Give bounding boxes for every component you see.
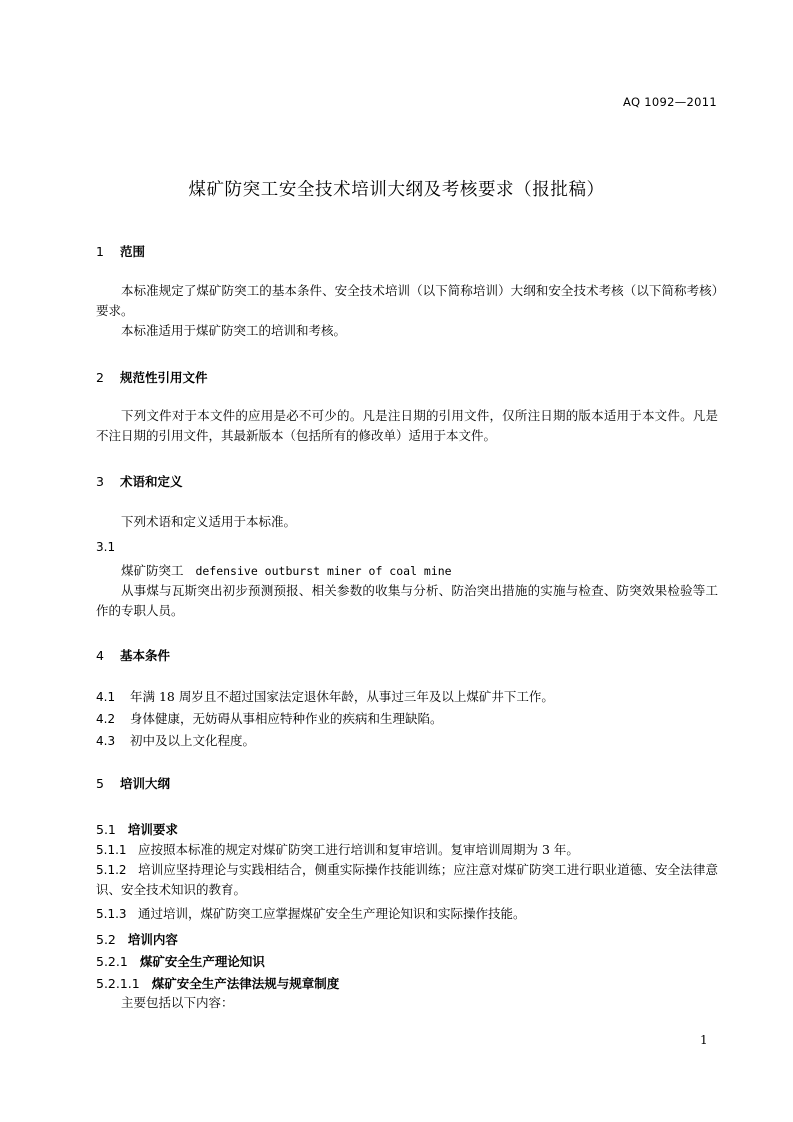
section-title: 基本条件 — [120, 648, 170, 663]
section-5-heading: 5培训大纲 — [96, 774, 170, 792]
section-2-heading: 2规范性引用文件 — [96, 368, 208, 386]
item-text: 初中及以上文化程度。 — [130, 733, 255, 748]
item-number: 4.2 — [96, 712, 130, 726]
item-text: 通过培训，煤矿防突工应掌握煤矿安全生产理论知识和实际操作技能。 — [138, 906, 526, 921]
requirement-item: 5.1.2培训应坚持理论与实践相结合，侧重实际操作技能训练；应注意对煤矿防突工进… — [96, 860, 718, 900]
section-2-paragraph-1: 下列文件对于本文件的应用是必不可少的。凡是注日期的引用文件，仅所注日期的版本适用… — [96, 406, 718, 446]
item-number: 4.1 — [96, 690, 130, 704]
subsection-title: 煤矿安全生产法律法规与规章制度 — [152, 976, 340, 991]
term-entry: 煤矿防突工 defensive outburst miner of coal m… — [121, 561, 452, 579]
subsection-5-2-1-heading: 5.2.1煤矿安全生产理论知识 — [96, 952, 265, 970]
condition-item: 4.1年满 18 周岁且不超过国家法定退休年龄，从事过三年及以上煤矿井下工作。 — [96, 687, 554, 705]
term-chinese: 煤矿防突工 — [121, 563, 184, 578]
item-text: 年满 18 周岁且不超过国家法定退休年龄，从事过三年及以上煤矿井下工作。 — [130, 689, 554, 704]
subsection-number: 5.2.1 — [96, 954, 128, 969]
subsection-title: 培训内容 — [128, 932, 178, 947]
item-text: 应按照本标准的规定对煤矿防突工进行培训和复审培训。复审培训周期为 3 年。 — [138, 842, 579, 857]
section-title: 规范性引用文件 — [120, 370, 208, 385]
requirement-item: 5.1.1应按照本标准的规定对煤矿防突工进行培训和复审培训。复审培训周期为 3 … — [96, 840, 579, 858]
section-number: 1 — [96, 244, 120, 259]
term-definition: 从事煤与瓦斯突出初步预测预报、相关参数的收集与分析、防治突出措施的实施与检查、防… — [96, 581, 718, 621]
subsection-5-2-heading: 5.2培训内容 — [96, 930, 178, 948]
subsection-number: 5.1 — [96, 822, 116, 837]
page-number: 1 — [700, 1033, 708, 1047]
section-number: 3 — [96, 474, 120, 489]
subsection-title: 培训要求 — [128, 822, 178, 837]
document-title: 煤矿防突工安全技术培训大纲及考核要求（报批稿） — [0, 176, 793, 201]
condition-item: 4.2身体健康，无妨碍从事相应特种作业的疾病和生理缺陷。 — [96, 709, 443, 727]
subsection-number: 5.2.1.1 — [96, 976, 140, 991]
section-4-heading: 4基本条件 — [96, 646, 170, 664]
subsection-title: 煤矿安全生产理论知识 — [140, 954, 265, 969]
term-english: defensive outburst miner of coal mine — [195, 564, 451, 578]
section-3-heading: 3术语和定义 — [96, 472, 183, 490]
section-1-paragraph-2: 本标准适用于煤矿防突工的培训和考核。 — [96, 321, 718, 341]
item-number: 5.1.1 — [96, 843, 138, 857]
section-number: 2 — [96, 370, 120, 385]
item-text: 身体健康，无妨碍从事相应特种作业的疾病和生理缺陷。 — [130, 711, 443, 726]
section-title: 培训大纲 — [120, 776, 170, 791]
item-number: 4.3 — [96, 734, 130, 748]
subsection-number: 5.2 — [96, 932, 116, 947]
subsection-5-2-1-1-intro: 主要包括以下内容： — [121, 993, 234, 1011]
item-number: 5.1.2 — [96, 860, 138, 880]
subsection-5-1-heading: 5.1培训要求 — [96, 820, 178, 838]
section-title: 术语和定义 — [120, 474, 183, 489]
section-1-heading: 1范围 — [96, 242, 145, 260]
item-number: 5.1.3 — [96, 907, 138, 921]
section-number: 5 — [96, 776, 120, 791]
section-number: 4 — [96, 648, 120, 663]
section-1-paragraph-1: 本标准规定了煤矿防突工的基本条件、安全技术培训（以下简称培训）大纲和安全技术考核… — [96, 281, 718, 321]
term-number: 3.1 — [96, 540, 115, 554]
section-title: 范围 — [120, 244, 145, 259]
condition-item: 4.3初中及以上文化程度。 — [96, 731, 255, 749]
standard-code: AQ 1092—2011 — [623, 95, 717, 109]
subsection-5-2-1-1-heading: 5.2.1.1煤矿安全生产法律法规与规章制度 — [96, 974, 339, 992]
requirement-item: 5.1.3通过培训，煤矿防突工应掌握煤矿安全生产理论知识和实际操作技能。 — [96, 904, 526, 922]
section-3-intro: 下列术语和定义适用于本标准。 — [121, 512, 296, 530]
item-text: 培训应坚持理论与实践相结合，侧重实际操作技能训练；应注意对煤矿防突工进行职业道德… — [96, 862, 718, 897]
